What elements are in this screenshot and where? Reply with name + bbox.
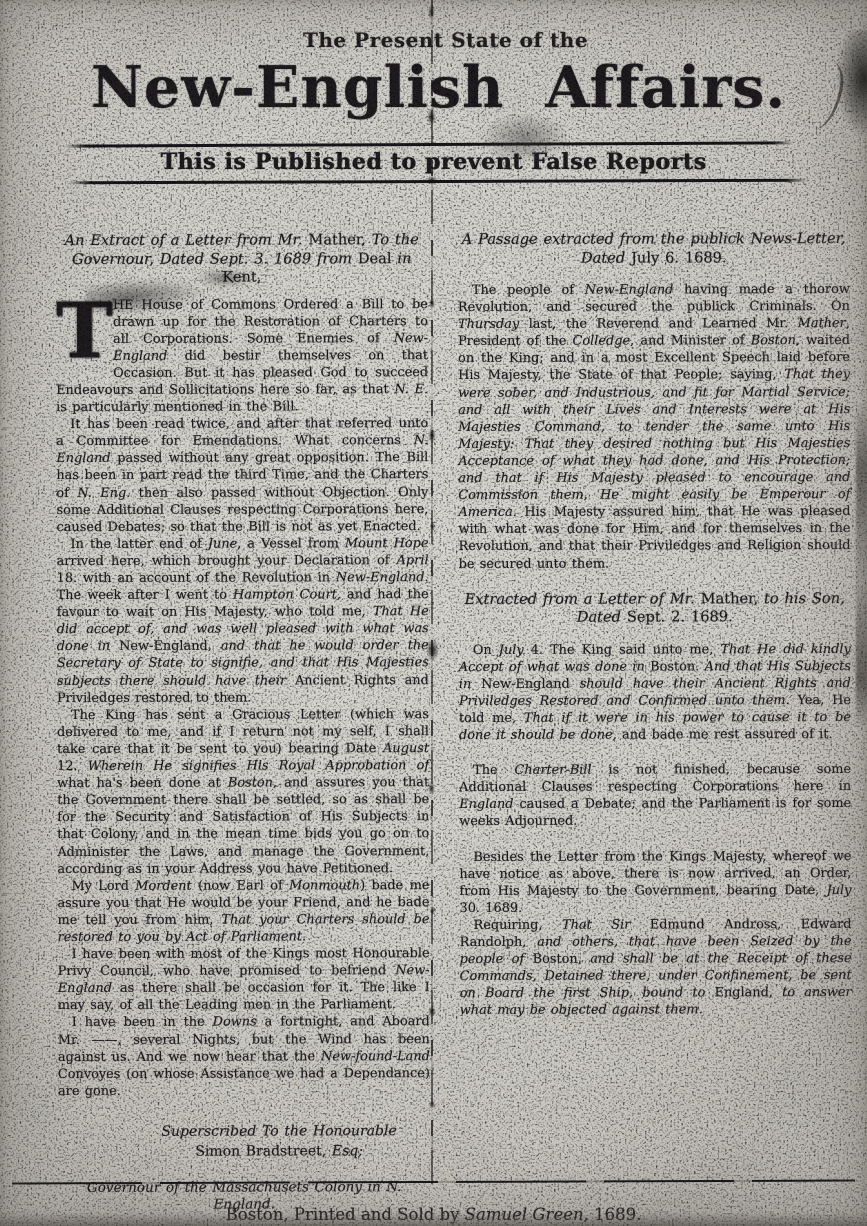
- paragraph: It has been read twice, and after that r…: [56, 415, 428, 536]
- left-column-heading: An Extract of a Letter from Mr. Mather, …: [56, 231, 428, 287]
- superscription-line: Superscribed To the Honourable: [128, 1121, 430, 1142]
- banner: This is Published to prevent False Repor…: [0, 143, 867, 185]
- paragraph: The King has sent a Gracious Letter (whi…: [57, 706, 429, 878]
- edge-stain: [856, 400, 867, 730]
- masthead-kicker: The Present State of the: [24, 28, 867, 52]
- right-column-subheading: Extracted from a Letter of Mr. Mather, t…: [459, 590, 851, 628]
- paragraph: Besides the Letter from the Kings Majest…: [459, 847, 851, 916]
- page-body: An Extract of a Letter from Mr. Mather, …: [56, 230, 853, 1214]
- broadside-page: The Present State of the New-English Aff…: [0, 0, 867, 1226]
- paragraph: I have been in the Downs a fortnight, an…: [58, 1014, 430, 1100]
- paragraph: I have been with most of the Kings most …: [58, 945, 430, 1014]
- masthead: The Present State of the New-English Aff…: [0, 28, 867, 121]
- imprint-line: Boston, Printed and Sold by Samuel Green…: [0, 1205, 867, 1224]
- right-column-heading: A Passage extracted from the publick New…: [458, 230, 850, 268]
- drop-cap: T: [56, 299, 106, 365]
- paragraph: The people of New-England having made a …: [458, 281, 851, 573]
- fold-mark: [428, 4, 435, 20]
- page-title: New-English Affairs.: [10, 54, 867, 121]
- banner-rule-bottom: [68, 179, 808, 185]
- paragraph: On July 4. The King said unto me, That H…: [459, 641, 851, 745]
- paragraph: In the latter end of June, a Vessel from…: [57, 535, 429, 707]
- right-column: A Passage extracted from the publick New…: [458, 230, 853, 1213]
- paragraph: My Lord Mordent (now Earl of Monmouth) b…: [57, 877, 429, 946]
- paragraph: THE House of Commons Ordered a Bill to b…: [56, 296, 428, 417]
- banner-motto: This is Published to prevent False Repor…: [0, 149, 867, 175]
- paragraph: The Charter-Bill is not finished, becaus…: [459, 761, 851, 830]
- paragraph: Requiring, That Sir Edmund Andross, Edwa…: [460, 916, 852, 1020]
- superscription-line: Simon Bradstreet, Esq;: [128, 1141, 430, 1162]
- banner-rule-top: [64, 141, 794, 147]
- left-column: An Extract of a Letter from Mr. Mather, …: [56, 231, 431, 1214]
- superscription: Superscribed To the Honourable Simon Bra…: [128, 1121, 430, 1162]
